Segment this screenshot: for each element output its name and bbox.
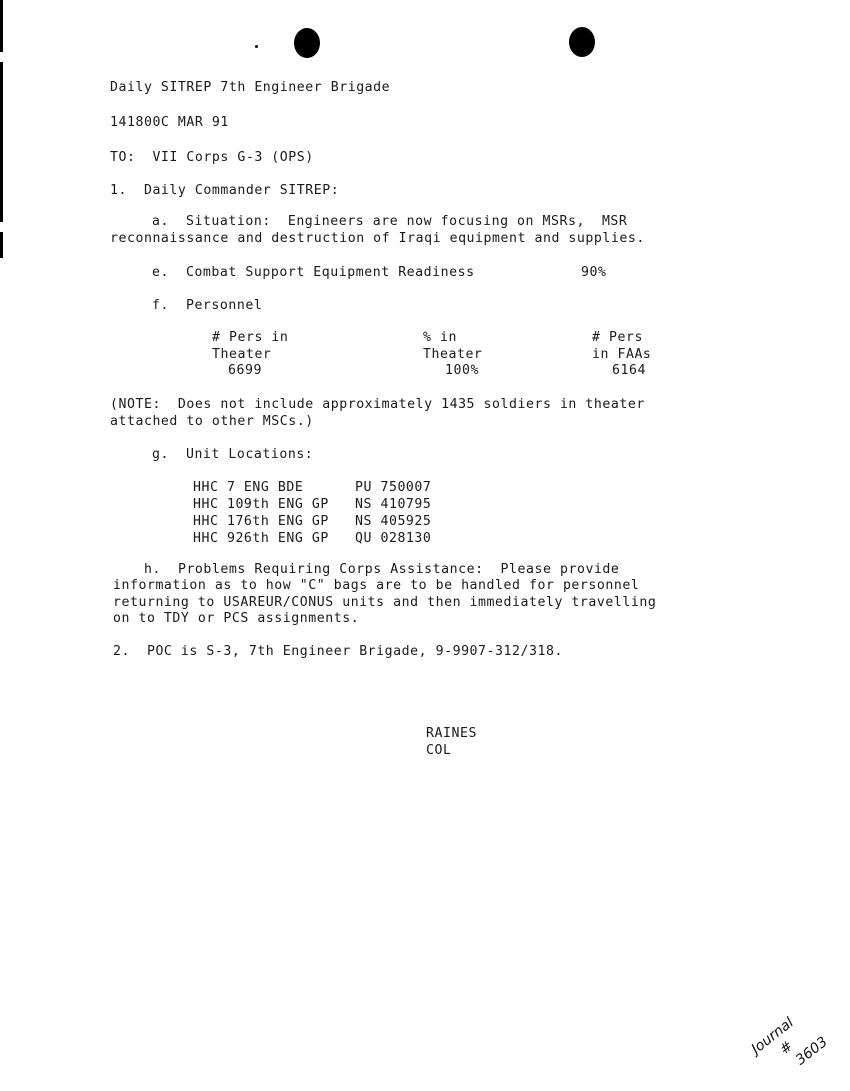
- signature-rank: COL: [426, 742, 451, 759]
- note-line-1: (NOTE: Does not include approximately 14…: [110, 396, 645, 413]
- personnel-col1-value: 6699: [228, 362, 262, 379]
- personnel-label: f. Personnel: [152, 297, 262, 314]
- readiness-value: 90%: [581, 264, 606, 281]
- unit-name: HHC 109th ENG GP: [193, 496, 329, 513]
- personnel-col3-header: in FAAs: [592, 346, 651, 363]
- scan-edge-mark: [0, 0, 3, 52]
- personnel-col2-header: Theater: [423, 346, 482, 363]
- note-line-2: attached to other MSCs.): [110, 413, 314, 430]
- personnel-col2-header: % in: [423, 329, 457, 346]
- unit-name: HHC 926th ENG GP: [193, 530, 329, 547]
- unit-name: HHC 7 ENG BDE: [193, 479, 303, 496]
- situation-line-1: a. Situation: Engineers are now focusing…: [152, 213, 627, 230]
- problems-line-1: h. Problems Requiring Corps Assistance: …: [144, 561, 619, 578]
- unit-name: HHC 176th ENG GP: [193, 513, 329, 530]
- unit-grid: NS 410795: [355, 496, 431, 513]
- personnel-col3-header: # Pers: [592, 329, 643, 346]
- scan-edge-mark: [0, 232, 3, 258]
- handwritten-journal-number: Journal # 3603: [748, 1005, 831, 1087]
- scan-edge-mark: [0, 62, 3, 222]
- personnel-col1-header: # Pers in: [212, 329, 288, 346]
- personnel-col1-header: Theater: [212, 346, 271, 363]
- problems-line-2: information as to how "C" bags are to be…: [113, 577, 639, 594]
- paragraph-1-heading: 1. Daily Commander SITREP:: [110, 182, 339, 199]
- scan-speck: [255, 45, 258, 48]
- punch-hole-left: [294, 28, 320, 58]
- situation-line-2: reconnaissance and destruction of Iraqi …: [110, 230, 645, 247]
- document-title: Daily SITREP 7th Engineer Brigade: [110, 79, 390, 96]
- punch-hole-right: [569, 27, 595, 57]
- point-of-contact: 2. POC is S-3, 7th Engineer Brigade, 9-9…: [113, 643, 563, 660]
- signature-name: RAINES: [426, 725, 477, 742]
- date-time-group: 141800C MAR 91: [110, 114, 229, 131]
- unit-grid: NS 405925: [355, 513, 431, 530]
- personnel-col3-value: 6164: [612, 362, 646, 379]
- problems-line-4: on to TDY or PCS assignments.: [113, 610, 359, 627]
- personnel-col2-value: 100%: [445, 362, 479, 379]
- unit-locations-label: g. Unit Locations:: [152, 446, 313, 463]
- unit-grid: PU 750007: [355, 479, 431, 496]
- addressee: TO: VII Corps G-3 (OPS): [110, 149, 314, 166]
- readiness-label: e. Combat Support Equipment Readiness: [152, 264, 475, 281]
- unit-grid: QU 028130: [355, 530, 431, 547]
- problems-line-3: returning to USAREUR/CONUS units and the…: [113, 594, 656, 611]
